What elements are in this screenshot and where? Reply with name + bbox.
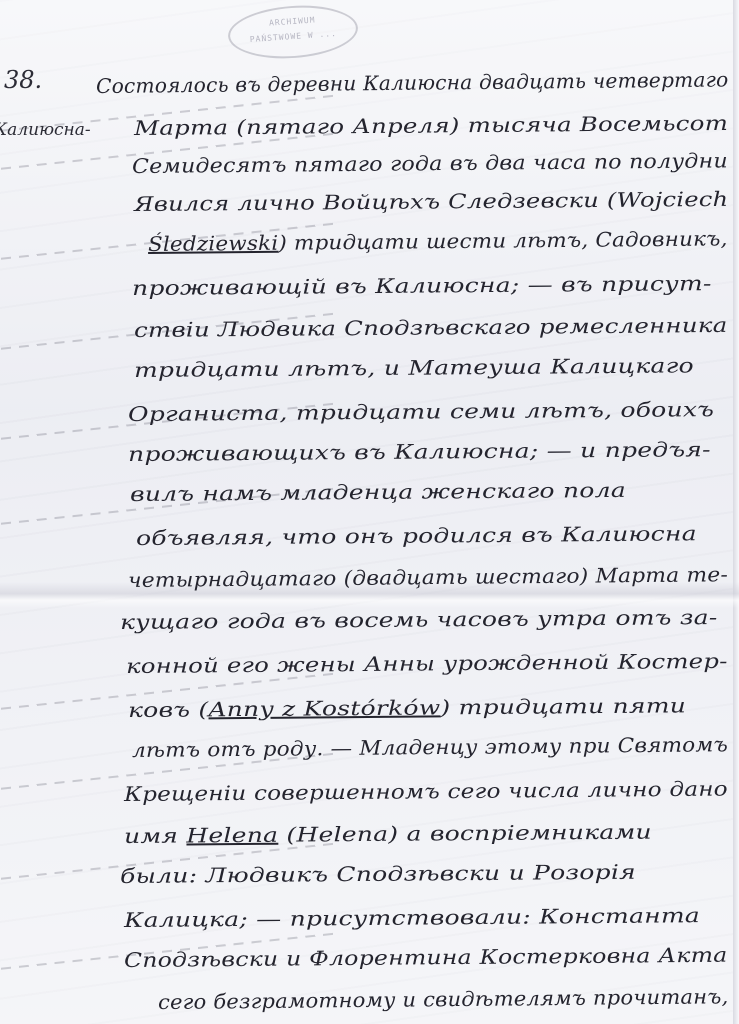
page-edge — [733, 0, 739, 1024]
record-line-21: Калицка; — присутствовали: Константа — [124, 903, 700, 932]
record-line-17: лѣтъ отъ роду. — Младенцу этому при Свят… — [132, 732, 728, 762]
archive-stamp: ARCHIWUM PAŃSTWOWE W ... — [226, 2, 359, 63]
record-line-9: Органиста, тридцати семи лѣтъ, обоихъ — [128, 397, 714, 426]
record-line-12: объявляя, что онъ родился въ Калиюсна — [136, 521, 697, 550]
record-line-18: Крещеніи совершенномъ сего числа лично д… — [124, 777, 728, 806]
record-line-5: Śledziewski) тридцати шести лѣтъ, Садовн… — [148, 226, 728, 256]
record-line-19: имя Helena (Helena) а воспріемниками — [124, 820, 652, 848]
record-line-15: конной его жены Анны урожденной Костер- — [126, 649, 728, 678]
underlined-name: Anny z Kostórków — [208, 695, 440, 721]
underlined-name: Helena — [186, 823, 278, 848]
record-line-20: были: Людвикъ Сподзѣвски и Розорія — [120, 860, 636, 888]
record-line-23: сего безграмотному и свидѣтелямъ прочита… — [158, 984, 729, 1014]
stamp-line-1: ARCHIWUM — [229, 13, 355, 31]
entry-number: 38. — [4, 66, 42, 94]
record-line-14: кущаго года въ восемь часовъ утра отъ за… — [120, 605, 718, 634]
record-line-10: проживающихъ въ Калиюсна; — и предъя- — [128, 437, 711, 466]
scanned-register-page: ARCHIWUM PAŃSTWOWE W ... 38. Калиюсна- С… — [0, 0, 739, 1024]
underlined-name: Śledziewski — [148, 231, 279, 256]
record-line-4: Явился лично Войцѣхъ Следзевски (Wojciec… — [134, 187, 729, 216]
record-line-2: Марта (пятаго Апреля) тысяча Восемьсот — [134, 111, 728, 140]
record-line-8: тридцати лѣтъ, и Матеуша Калицкаго — [134, 353, 694, 382]
record-line-16: ковъ (Anny z Kostórków) тридцати пяти — [128, 693, 686, 722]
margin-village-name: Калиюсна- — [0, 120, 91, 140]
record-line-11: вилъ намъ младенца женскаго пола — [130, 478, 626, 506]
stamp-line-2: PAŃSTWOWE W ... — [230, 28, 356, 46]
record-line-6: проживающій въ Калиюсна; — въ присут- — [132, 271, 712, 300]
record-line-22: Сподзѣвски и Флорентина Костерковна Акта — [124, 943, 728, 972]
record-line-7: ствіи Людвика Сподзѣвскаго ремесленника — [134, 313, 728, 342]
record-line-3: Семидесятъ пятаго года въ два часа по по… — [132, 148, 728, 178]
record-line-1: Состоялось въ деревни Калиюсна двадцать … — [96, 67, 729, 98]
